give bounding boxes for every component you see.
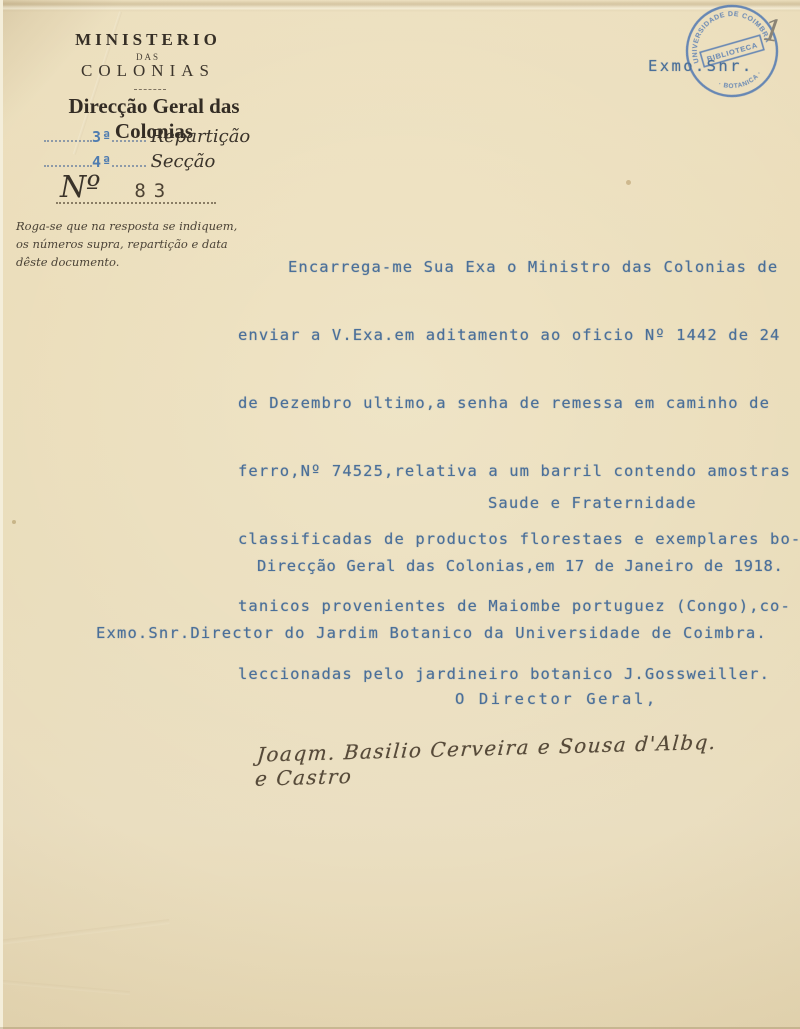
reparticao-number: 3ª	[92, 128, 112, 146]
body-line: leccionadas pelo jardineiro botanico J.G…	[238, 659, 798, 691]
body-line: de Dezembro ultimo,a senha de remessa em…	[238, 388, 798, 420]
addressee-line: Exmo.Snr.Director do Jardim Botanico da …	[96, 624, 767, 642]
dotted-leader	[112, 126, 146, 142]
ministry-colonias: COLONIAS	[18, 61, 278, 81]
paper-fold-line	[0, 0, 800, 8]
body-line: tanicos provenientes de Maiombe portugue…	[238, 591, 798, 623]
signer-title: O Director Geral,	[455, 690, 658, 708]
paper-fold-line	[0, 0, 800, 12]
numero-row: Nº83	[60, 170, 173, 205]
dotted-leader	[56, 202, 216, 204]
body-line: enviar a V.Exa.em aditamento ao oficio N…	[238, 320, 798, 352]
dotted-leader	[112, 151, 146, 167]
dateline: Direcção Geral das Colonias,em 17 de Jan…	[257, 557, 783, 575]
numero-label: Nº	[60, 170, 100, 205]
body-line: Encarrega-me Sua Exa o Ministro das Colo…	[238, 252, 798, 284]
document-page: MINISTERIO DAS COLONIAS Direcção Geral d…	[0, 0, 800, 1029]
paper-speck	[12, 520, 16, 524]
signature: Joaqm. Basilio Cerveira e Sousa d'Albq. …	[254, 729, 738, 791]
salutation: Exmo.Snr.	[648, 57, 754, 75]
paper-speck	[626, 180, 631, 185]
letterhead-note: Roga-se que na resposta se indiquem, os …	[16, 218, 238, 271]
body-line: classificadas de productos florestaes e …	[238, 524, 798, 556]
ministry-name: MINISTERIO	[18, 30, 278, 50]
numero-value: 83	[134, 180, 173, 202]
seccao-number: 4ª	[92, 153, 112, 171]
seccao-label: Secção	[151, 151, 216, 172]
seccao-row: 4ª Secção	[44, 151, 215, 172]
reparticao-label: Repartição	[151, 126, 251, 147]
scan-edge	[0, 0, 3, 1029]
dotted-leader	[44, 126, 92, 142]
paper-crease	[0, 919, 170, 946]
paper-crease	[0, 979, 130, 995]
letter-body: Encarrega-me Sua Exa o Ministro das Colo…	[238, 216, 798, 727]
closing-salutation: Saude e Fraternidade	[488, 494, 697, 512]
dotted-leader	[44, 151, 92, 167]
reparticao-row: 3ª Repartição	[44, 126, 250, 147]
body-line: ferro,Nº 74525,relativa a um barril cont…	[238, 456, 798, 488]
letterhead-divider	[134, 89, 166, 90]
